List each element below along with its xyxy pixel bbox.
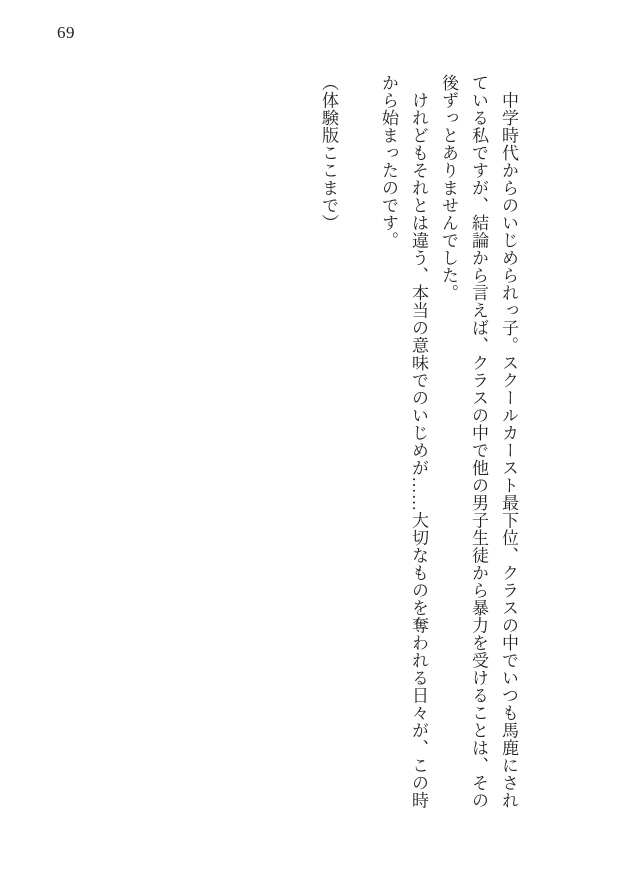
page-body-text: 中学時代からのいじめられっ子。スクールカースト最下位、クラスの中でいつも馬鹿にさ…	[313, 74, 523, 809]
page-number: 69	[57, 24, 75, 41]
novel-page: 69 中学時代からのいじめられっ子。スクールカースト最下位、クラスの中でいつも馬…	[0, 0, 619, 873]
